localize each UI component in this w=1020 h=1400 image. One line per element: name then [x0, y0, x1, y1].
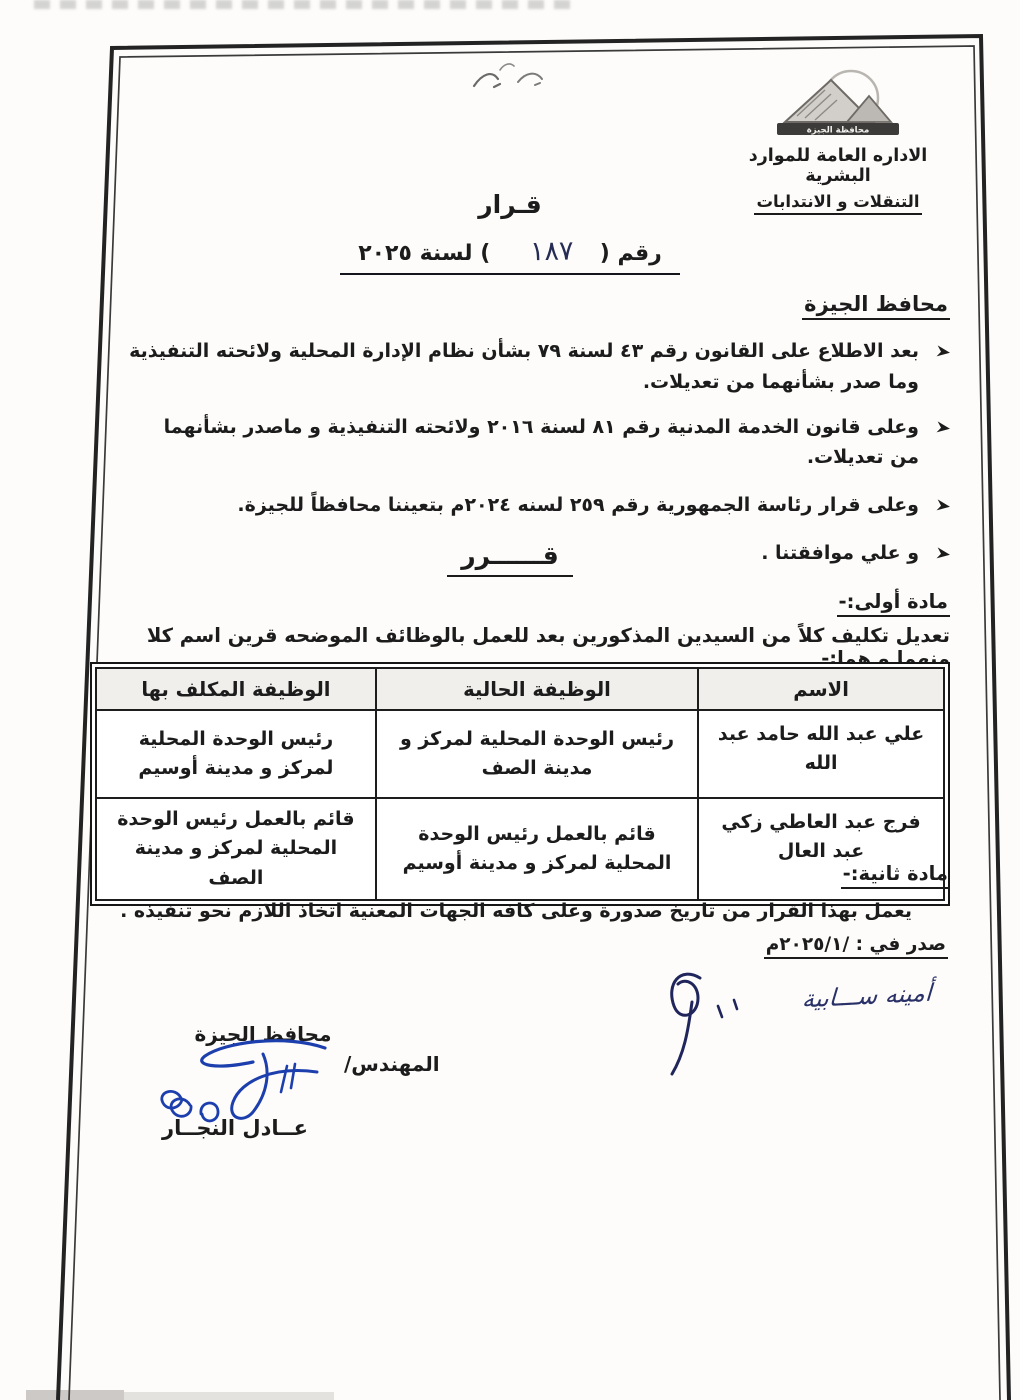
- arrowhead-bullet-icon: [934, 419, 952, 437]
- cell-current-position: رئيس الوحدة المحلية لمركز و مدينة الصف: [376, 710, 698, 798]
- preamble-item: بعد الاطلاع على القانون رقم ٤٣ لسنة ٧٩ ب…: [104, 336, 952, 398]
- assignments-table-wrapper: الاسم الوظيفة الحالية الوظيفة المكلف بها…: [90, 662, 950, 906]
- decree-number-suffix: ) لسنة ٢٠٢٥: [358, 241, 490, 266]
- issuer-heading: محافظ الجيزة: [802, 292, 950, 320]
- arrowhead-bullet-icon: [934, 343, 952, 361]
- article-one-heading: مادة أولى:-: [837, 590, 950, 617]
- department-line-1: الاداره العامة للموارد البشرية: [718, 146, 958, 186]
- cell-name: علي عبد الله حامد عبد الله: [698, 710, 944, 798]
- table-header-row: الاسم الوظيفة الحالية الوظيفة المكلف بها: [96, 668, 944, 710]
- table-row: علي عبد الله حامد عبد الله رئيس الوحدة ا…: [96, 710, 944, 798]
- article-two-heading: مادة ثانية:-: [841, 862, 950, 889]
- decree-number-handwritten: ١٨٧: [490, 235, 600, 268]
- decree-word: قــــــرر: [0, 541, 1020, 577]
- giza-governorate-logo-icon: محافظة الجيزة: [763, 68, 913, 144]
- signatory-name: عــادل النجــار: [162, 1116, 308, 1140]
- scan-artifact-top: [34, 0, 574, 9]
- issued-date-line: صدر في : /٢٠٢٥/١م: [764, 934, 948, 959]
- handwritten-note: أمينه ســـابية: [802, 979, 933, 1014]
- decree-number-line: رقم (١٨٧) لسنة ٢٠٢٥: [0, 236, 1020, 275]
- preamble-item: وعلى قانون الخدمة المدنية رقم ٨١ لسنة ٢٠…: [104, 412, 952, 474]
- article-two-body: يعمل بهذا القرار من تاريخ صدورة وعلى كاف…: [120, 900, 912, 922]
- scan-artifact-bottom: [26, 1390, 124, 1400]
- column-header-current: الوظيفة الحالية: [376, 668, 698, 710]
- decree-number-prefix: رقم (: [600, 241, 662, 266]
- cell-assigned-position: رئيس الوحدة المحلية لمركز و مدينة أوسيم: [96, 710, 376, 798]
- scanned-decree-page: { "colors": { "ink": "#1c1c1c", "pen_blu…: [0, 0, 1020, 1400]
- decree-title: قـرار: [0, 190, 1020, 219]
- scan-artifact-bottom-2: [124, 1392, 334, 1400]
- handwritten-signature-middle-icon: [638, 962, 758, 1087]
- arrowhead-bullet-icon: [934, 497, 952, 515]
- logo-caption: محافظة الجيزة: [807, 126, 870, 136]
- column-header-name: الاسم: [698, 668, 944, 710]
- column-header-assigned: الوظيفة المكلف بها: [96, 668, 376, 710]
- table-row: فرج عبد العاطي زكي عبد العال قائم بالعمل…: [96, 798, 944, 900]
- preamble-list: بعد الاطلاع على القانون رقم ٤٣ لسنة ٧٩ ب…: [104, 336, 952, 569]
- assignments-table: الاسم الوظيفة الحالية الوظيفة المكلف بها…: [95, 667, 945, 901]
- handwritten-mark-top-icon: [460, 52, 570, 102]
- cell-current-position: قائم بالعمل رئيس الوحدة المحلية لمركز و …: [376, 798, 698, 900]
- preamble-item: وعلى قرار رئاسة الجمهورية رقم ٢٥٩ لسنه ٢…: [104, 490, 952, 521]
- cell-assigned-position: قائم بالعمل رئيس الوحدة المحلية لمركز و …: [96, 798, 376, 900]
- signatory-prefix: المهندس/: [344, 1052, 440, 1076]
